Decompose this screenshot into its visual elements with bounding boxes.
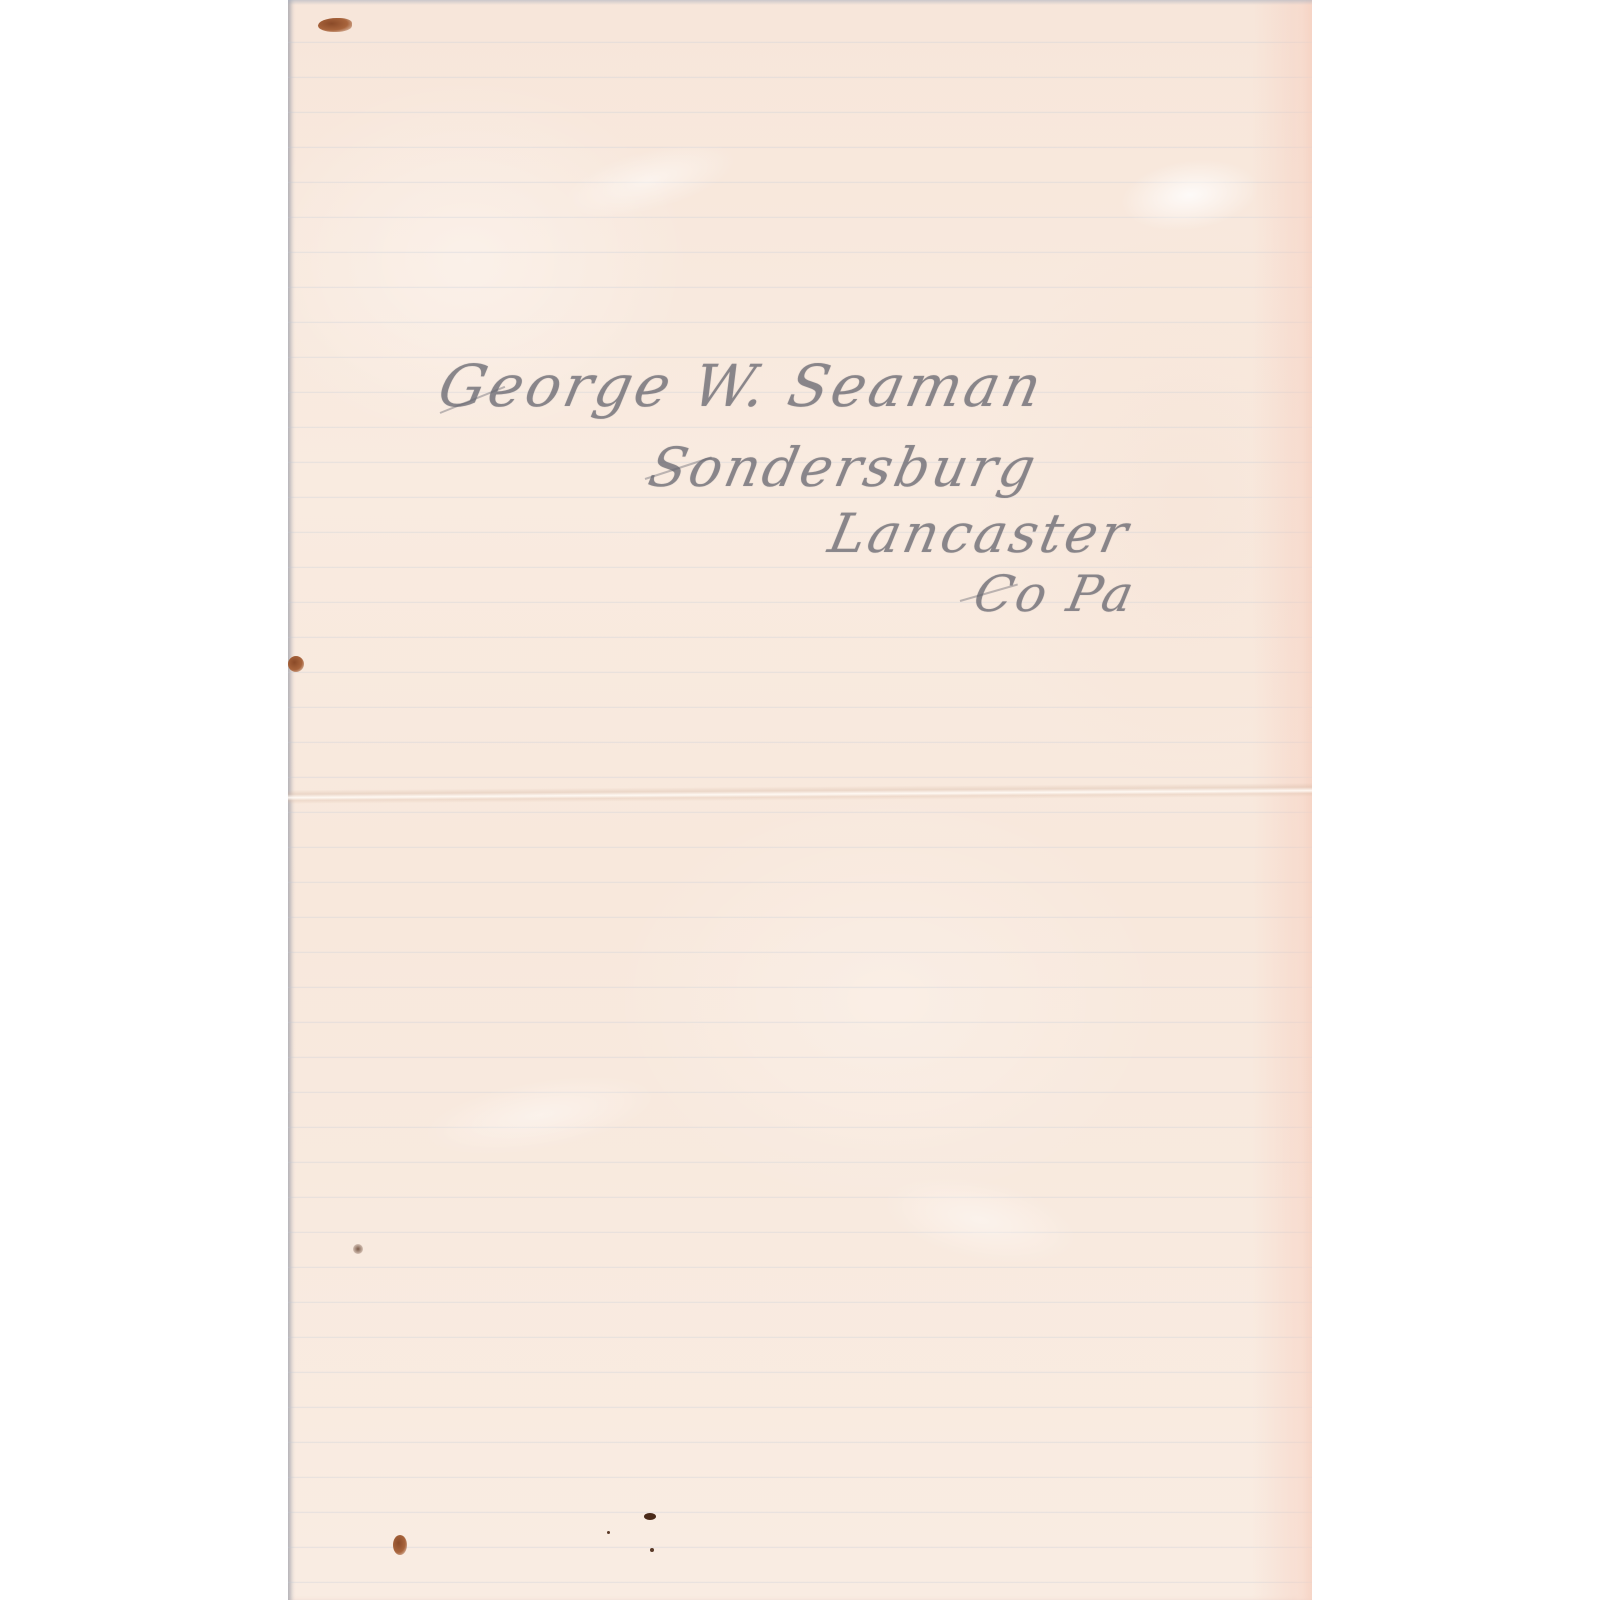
paper-top-edge (288, 0, 1312, 5)
foxing-stain (288, 656, 304, 672)
address-state: Co Pa (969, 565, 1142, 623)
ink-speck (607, 1531, 610, 1534)
address-name: George W. Seaman (433, 352, 1051, 420)
ink-speck (650, 1548, 654, 1552)
foxing-stain (318, 18, 352, 32)
ink-speck (644, 1513, 656, 1520)
address-town: Sondersburg (643, 436, 1043, 499)
address-county: Lancaster (823, 502, 1136, 565)
foxing-stain (393, 1535, 407, 1555)
scan-stage: George W. Seaman Sondersburg Lancaster C… (0, 0, 1600, 1600)
foxing-stain (353, 1244, 363, 1254)
